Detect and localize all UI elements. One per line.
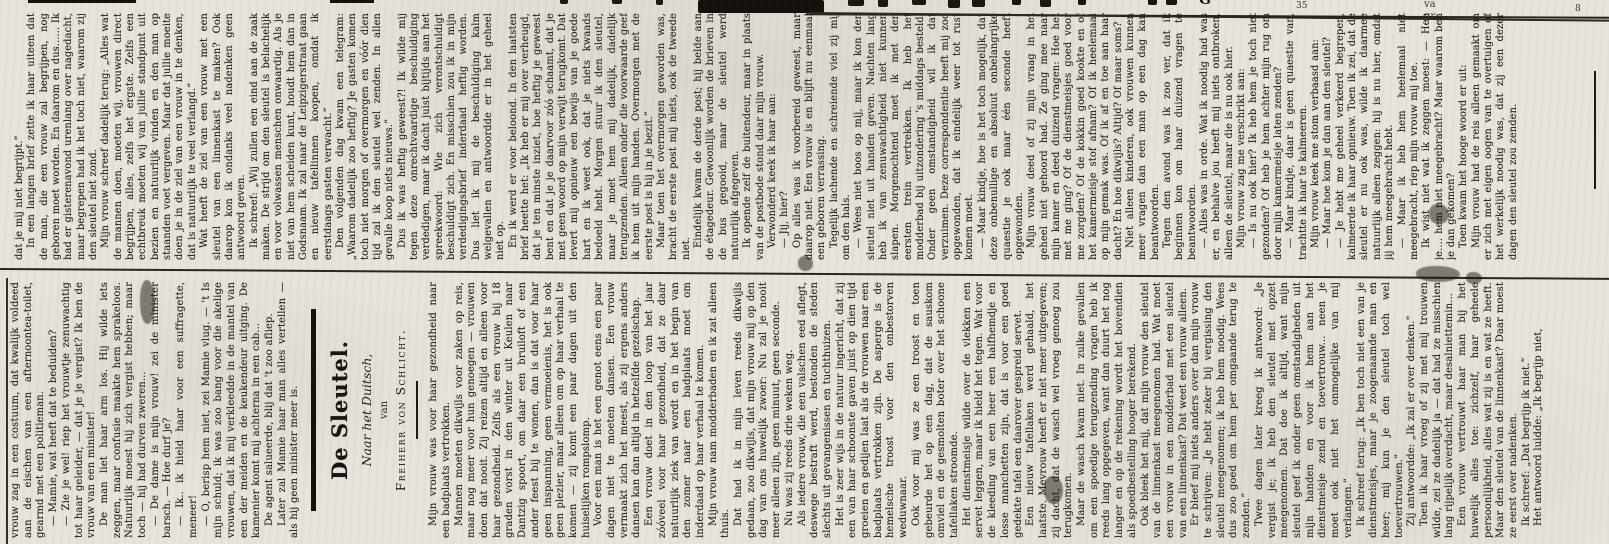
ink-smudge (1466, 272, 1482, 284)
paragraph: De agent salueerde, blij dat 't zoo afli… (264, 282, 277, 538)
cutoff-glyph-fragment (948, 0, 960, 8)
feuilleton-top-rule (6, 278, 8, 544)
paragraph: Er bleef mij niets anders over dan mijn … (1190, 282, 1254, 538)
cutoff-glyph-fragment (912, 0, 926, 5)
cutoff-glyph-fragment (1040, 0, 1051, 7)
ink-smudge (140, 280, 155, 324)
paragraph: Een vrouw vertrouwt haar man bij het huw… (1457, 282, 1521, 538)
paragraph: Ook bleek het mij, dat mijn vrouw den sl… (1140, 282, 1191, 538)
cutoff-glyph-fragment (848, 0, 864, 6)
story-end-rule (1594, 71, 1596, 189)
paragraph: — Zie je wel! riep het vrouwtje zenuwach… (61, 282, 99, 538)
paragraph: Een vrouw doet in den loop van het jaar … (644, 282, 708, 538)
paragraph: Den volgenden dag kwam een telegram: „Wa… (335, 13, 397, 260)
edge-mark-letters: va (1424, 0, 1436, 10)
paragraph: Mijn vrouw schreef dadelijk terug: „Alle… (100, 13, 199, 260)
paragraph: — Wees niet boos op mij, maar ik kon den… (853, 13, 976, 260)
cutoff-glyph-fragment (1148, 0, 1157, 5)
paragraph: — Je hebt me geheel verkeerd begrepen, k… (1335, 13, 1397, 260)
ink-smudge (798, 256, 813, 271)
paragraph: Mijn vrouw was voor haar gezondheid naar… (428, 282, 453, 538)
cutoff-glyph-fragment (1012, 0, 1021, 5)
paragraph: Zij antwoordde: „Ik zal er over denken.” (1406, 282, 1419, 538)
column-right: dat je mij niet begrijpt.”In een langen … (14, 13, 1596, 260)
paragraph: Twee dagen later kreeg ik antwoord: „Je … (1254, 282, 1356, 538)
story-title: De Sleutel. (327, 282, 352, 538)
paragraph: Tegen den avond was ik zoo ver, dat ik b… (1162, 13, 1199, 260)
edge-mark-number: 35 (1296, 1, 1307, 11)
cutoff-glyph-fragment (1166, 0, 1177, 5)
story-author: Freiherr von Schlicht. (394, 282, 408, 538)
ink-smudge (1429, 204, 1449, 224)
paragraph: Als iedere vrouw, die een valschen eed a… (797, 282, 835, 538)
feuilleton-page: vrouw zag in een costuum, dat kwalijk vo… (0, 0, 1609, 544)
top-edge-print-bar (28, 0, 136, 3)
edge-mark-letters: gr (1424, 12, 1435, 22)
paragraph: Ik schreef terug: „Ik ben toch niet een … (1356, 282, 1407, 538)
paragraph: Mannen moeten dikwijls voor zaken op rei… (454, 282, 594, 538)
paragraph: Verwonderd keek ik haar aan: (767, 13, 779, 260)
cutoff-glyph-fragment (560, 0, 568, 4)
paragraph: Maar de wasch kwam niet. In zulke gevall… (1076, 282, 1140, 538)
paragraph: — De dame is mijn vrouw! zei de minister… (150, 282, 175, 538)
paragraph: Ik opende zelf de buitendeur, maar in pl… (742, 13, 767, 260)
section-divider-rule (311, 309, 316, 511)
paragraph: Mijn vrouw zag me verschrikt aan: (1236, 13, 1248, 260)
paragraph: — Is nu ook hier? Ik heb hem je toch nie… (1248, 13, 1285, 260)
column-left: vrouw zag in een costuum, dat kwalijk vo… (10, 282, 1602, 538)
paragraph: Het is zeer wijs in de natuur ingericht,… (835, 282, 911, 538)
paragraph: Het antwoord luidde: „Ik begrijp niet, (1533, 282, 1546, 538)
paragraph: De man liet haar arm los. Hij wilde iets… (99, 282, 150, 538)
paragraph: — Mamie, wat heeft dat te beduiden? (48, 282, 61, 538)
paragraph: Tegelijk lachende en schreiende viel zij… (829, 13, 854, 260)
paragraph: Mijn vrouw nam modderbaden en ik zat all… (708, 282, 733, 538)
ink-smudge (1044, 476, 1063, 504)
paragraph: Niet alleen kinderen, ook vrouwen kunnen… (1125, 13, 1162, 260)
paragraph: — Jij, hier? (779, 13, 791, 260)
paragraph: Wat heeft de ziel van een vrouw met een … (199, 13, 248, 260)
paragraph: Het dienstmeisje wilde over de vlekken e… (962, 282, 1026, 538)
paragraph: Ik schreef: „Wij zullen een eind aan de … (249, 13, 335, 260)
paragraph: Dus ik was heftig geweest?! Ik wilde mij… (397, 13, 508, 260)
story-column-2: dat je mij niet begrijpt.”In een langen … (14, 13, 1520, 260)
paragraph: — Maar hoe kom je dan aan den sleutel? (1322, 13, 1334, 260)
paragraph: Dat had ik in mijn leven reeds dikwijls … (733, 282, 784, 538)
paragraph: Nu was zij reeds drie weken weg. (784, 282, 797, 538)
paragraph: vrouw zag in een costuum, dat kwalijk vo… (10, 282, 48, 538)
paragraph: — Alles was in orde. Wat ik noodig had w… (1199, 13, 1236, 260)
paragraph: In een langen brief zette ik haar uiteen… (26, 13, 100, 260)
previous-story-ending: vrouw zag in een costuum, dat kwalijk vo… (10, 282, 302, 538)
paragraph: Toen kwam het hooge woord er uit: (1458, 13, 1470, 260)
newspaper-scan: vrouw zag in een costuum, dat kwalijk vo… (0, 0, 1609, 544)
paragraph: dat je mij niet begrijpt.” (14, 13, 26, 260)
paragraph: Toen ik haar vroeg of zij met mij trouwe… (1419, 282, 1457, 538)
paragraph: Mijn vrouw had de reis alleen gemaakt om… (1471, 13, 1520, 260)
paragraph: En ik werd er voor beloond. In den laats… (508, 13, 656, 260)
paragraph: — Maar kindje, daar is geen quaestie van… (1285, 13, 1310, 260)
cutoff-glyph-fragment (878, 0, 888, 7)
paragraph: — Ik.. ik hield haar voor een suffragett… (175, 282, 200, 538)
paragraph: Maar toen het overmorgen geworden was, b… (656, 13, 693, 260)
byline-rule (416, 381, 418, 439)
ink-smudge (1416, 266, 1460, 282)
cutoff-glyph-fragment (1078, 0, 1086, 5)
paragraph: — Maar ik heb hem heelemaal niet meegebr… (1397, 13, 1422, 260)
cutoff-glyph-fragment (972, 0, 985, 7)
paragraph: Mijn vrouw deed of zij mijn vraag in het… (1026, 13, 1125, 260)
paragraph: Later zal Mamie haar man alles vertellen… (277, 282, 302, 538)
byline-van-label: van (379, 282, 390, 538)
cutoff-glyph-fragment (612, 0, 622, 4)
paragraph: Mijn vrouw keek me stom verbaasd aan: (1310, 13, 1322, 260)
paragraph: Op alles was ik voorbereid geweest, maar… (792, 13, 829, 260)
paragraph: Eindelijk kwam de derde post; hij belde … (693, 13, 742, 260)
paragraph: — Maar kindje, hoe is het toch mogelijk,… (977, 13, 1026, 260)
story-column-1: Mijn vrouw was voor haar gezondheid naar… (428, 282, 1546, 538)
paragraph: Ik schreef: „Dat begrijp ik niet.” (1521, 282, 1534, 538)
edge-mark-letter: G (1199, 0, 1211, 5)
edge-mark-number: 8 (1575, 4, 1581, 14)
adjacent-column-cutoff-headline (698, 0, 824, 13)
paragraph: Ook voor mij was ze een troost en toen g… (911, 282, 962, 538)
paragraph: — O, berisp hem niet, zei Mamie vlug. — … (201, 282, 265, 538)
cutoff-glyph-fragment (656, 0, 663, 5)
story-subtitle: Naar het Duitsch, (359, 282, 374, 538)
top-edge-print-bar (330, 0, 374, 3)
paragraph: Voor een man is het een genot eens een p… (593, 282, 644, 538)
